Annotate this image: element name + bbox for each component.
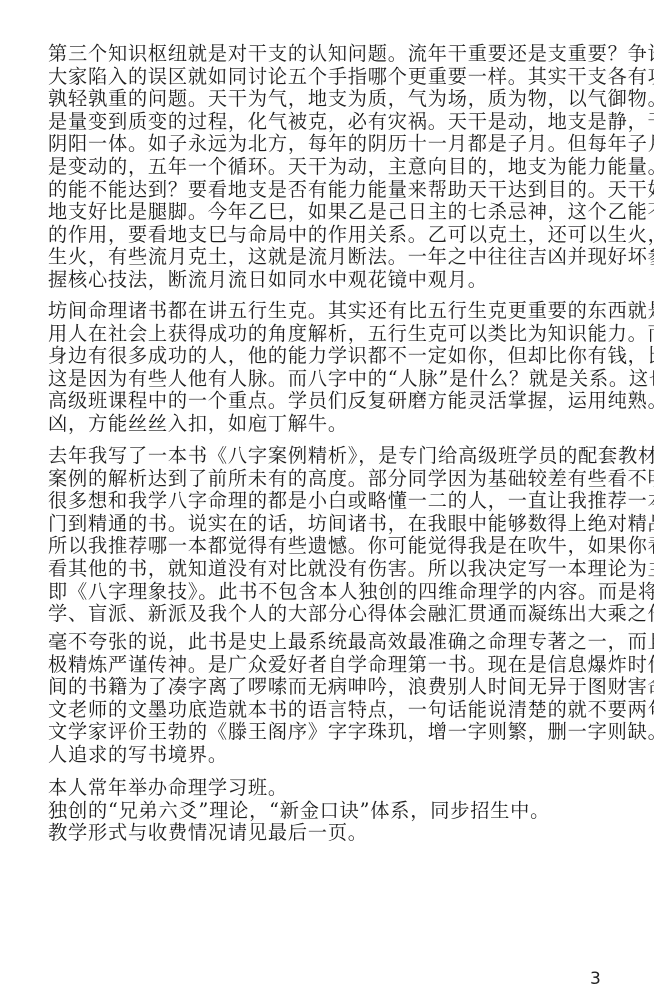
text-line: 即《八字理象技》。此书不包含本人独创的四维命理学的内容。而是将传统命理 xyxy=(48,581,654,604)
text-line: 门到精通的书。说实在的话，坊间诸书，在我眼中能够数得上绝对精品的没有。 xyxy=(48,513,654,536)
text-line: 人追求的写书境界。 xyxy=(48,744,654,767)
text-line: 案例的解析达到了前所未有的高度。部分同学因为基础较差有些看不明白。而且 xyxy=(48,468,654,491)
text-line: 阴阳一体。如子永远为北方，每年的阴历十一月都是子月。但每年子月上的天干 xyxy=(48,133,654,156)
text-line: 间的书籍为了凑字离了啰嗦而无病呻吟，浪费别人时间无异于图财害命。以我语 xyxy=(48,676,654,699)
text-line: 这是因为有些人他有人脉。而八字中的“人脉”是什么？就是关系。这也是我在讲 xyxy=(48,368,654,391)
text-line: 极精炼严谨传神。是广众爱好者自学命理第一书。现在是信息爆炸时代，很多坊 xyxy=(48,654,654,677)
text-line: 毫不夸张的说，此书是史上最系统最高效最准确之命理专著之一，而且语言组织 xyxy=(48,631,654,654)
text-line: 的能不能达到？要看地支是否有能力能量来帮助天干达到目的。天干好比是大脑， xyxy=(48,179,654,202)
text-line: 很多想和我学八字命理的都是小白或略懂一二的人，一直让我推荐一本能快速入 xyxy=(48,490,654,513)
text-line: 所以我推荐哪一本都觉得有些遗憾。你可能觉得我是在吹牛，如果你看完本书再 xyxy=(48,535,654,558)
text-line: 的作用，要看地支巳与命局中的作用关系。乙可以克土，还可以生火，有些流月 xyxy=(48,224,654,247)
text-line: 大家陷入的误区就如同讨论五个手指哪个更重要一样。其实干支各有功用，没有 xyxy=(48,66,654,89)
text-line: 坊间命理诸书都在讲五行生克。其实还有比五行生克更重要的东西就是“关系”。 xyxy=(48,300,654,323)
page-number: 3 xyxy=(590,969,601,989)
text-line: 去年我写了一本书《八字案例精析》，是专门给高级班学员的配套教材。此书对 xyxy=(48,445,654,468)
text-line: 独创的“兄弟六爻”理论，“新金口诀”体系，同步招生中。 xyxy=(48,800,550,823)
text-line: 看其他的书，就知道没有对比就没有伤害。所以我决定写一本理论为主的命理书， xyxy=(48,558,654,581)
text-line: 本人常年举办命理学习班。 xyxy=(48,777,550,800)
paragraph-ganzhi: 第三个知识枢纽就是对干支的认知问题。流年干重要还是支重要？争论了上千年， 大家陷… xyxy=(48,43,654,292)
text-line: 用人在社会上获得成功的角度解析，五行生克可以类比为知识能力。而实际上你 xyxy=(48,323,654,346)
paragraph-class-notice: 本人常年举办命理学习班。 独创的“兄弟六爻”理论，“新金口诀”体系，同步招生中。… xyxy=(48,777,550,845)
text-line: 孰轻孰重的问题。天干为气，地支为质，气为场，质为物，以气御物。天干化气 xyxy=(48,88,654,111)
paragraph-book-intro: 去年我写了一本书《八字案例精析》，是专门给高级班学员的配套教材。此书对 案例的解… xyxy=(48,445,654,626)
text-line: 地支好比是腿脚。今年乙巳，如果乙是己日主的七杀忌神，这个乙能不能发挥坏 xyxy=(48,201,654,224)
text-line: 凶，方能丝丝入扣，如庖丁解牛。 xyxy=(48,413,654,436)
paragraph-book-quality: 毫不夸张的说，此书是史上最系统最高效最准确之命理专著之一，而且语言组织 极精炼严… xyxy=(48,631,654,767)
text-line: 文老师的文墨功底造就本书的语言特点，一句话能说清楚的就不要两句话。后人 xyxy=(48,699,654,722)
text-line: 生火，有些流月克土，这就是流月断法。一年之中往往吉凶并现好坏参半，不掌 xyxy=(48,246,654,269)
text-line: 教学形式与收费情况请见最后一页。 xyxy=(48,822,550,845)
paragraph-relations: 坊间命理诸书都在讲五行生克。其实还有比五行生克更重要的东西就是“关系”。 用人在… xyxy=(48,300,654,436)
text-line: 握核心技法，断流月流日如同水中观花镜中观月。 xyxy=(48,269,654,292)
text-line: 文学家评价王勃的《滕王阁序》字字珠玑，增一字则繁，删一字则缺。这正是鄙 xyxy=(48,721,654,744)
text-line: 学、盲派、新派及我个人的大部分心得体会融汇贯通而凝练出大乘之作。 xyxy=(48,603,654,626)
text-line: 是变动的，五年一个循环。天干为动，主意向目的，地支为能力能量。天干的目 xyxy=(48,156,654,179)
text-line: 是量变到质变的过程，化气被克，必有灾祸。天干是动，地支是静，干支通变， xyxy=(48,111,654,134)
text-line: 第三个知识枢纽就是对干支的认知问题。流年干重要还是支重要？争论了上千年， xyxy=(48,43,654,66)
text-line: 身边有很多成功的人，他的能力学识都不一定如你，但却比你有钱，比你职权高。 xyxy=(48,345,654,368)
text-line: 高级班课程中的一个重点。学员们反复研磨方能灵活掌握，运用纯熟。论人事吉 xyxy=(48,390,654,413)
